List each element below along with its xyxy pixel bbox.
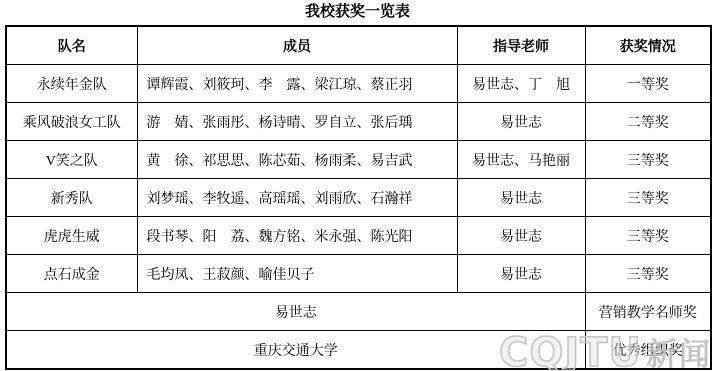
award-cell: 二等奖 — [585, 103, 711, 141]
table-row: 点石成金 毛均凤、王菽颜、喻佳贝子 易世志 三等奖 — [6, 255, 711, 293]
advisor-cell: 易世志、丁 旭 — [457, 65, 585, 103]
team-cell: 新秀队 — [6, 179, 137, 217]
header-team: 队名 — [6, 26, 137, 65]
award-cell: 三等奖 — [585, 179, 711, 217]
table-row: 乘风破浪女工队 游 婧、张雨彤、杨诗晴、罗自立、张后瑀 易世志 二等奖 — [6, 103, 711, 141]
team-cell: 虎虎生威 — [6, 217, 137, 255]
award-cell: 三等奖 — [585, 255, 711, 293]
table-footer-row: 重庆交通大学 优秀组织奖 — [6, 331, 711, 370]
advisor-cell: 易世志 — [457, 217, 585, 255]
award-cell: 营销教学名师奖 — [585, 293, 711, 331]
award-cell: 三等奖 — [585, 141, 711, 179]
header-advisor: 指导老师 — [457, 26, 585, 65]
page: 我校获奖一览表 队名 成员 指导老师 获奖情况 永续年金队 谭辉霞、刘筱珂、李 … — [0, 0, 715, 371]
members-cell: 谭辉霞、刘筱珂、李 露、梁江琼、蔡正羽 — [137, 65, 457, 103]
merged-cell: 易世志 — [6, 293, 585, 331]
team-cell: 乘风破浪女工队 — [6, 103, 137, 141]
members-cell: 段书琴、阳 荔、魏方铭、米永强、陈光阳 — [137, 217, 457, 255]
header-members: 成员 — [137, 26, 457, 65]
advisor-cell: 易世志 — [457, 103, 585, 141]
members-cell: 刘梦瑶、李牧遥、高瑶瑶、刘雨欣、石瀚祥 — [137, 179, 457, 217]
award-cell: 一等奖 — [585, 65, 711, 103]
members-cell: 黄 徐、祁思思、陈芯茹、杨雨柔、易吉武 — [137, 141, 457, 179]
advisor-cell: 易世志 — [457, 255, 585, 293]
team-cell: V笑之队 — [6, 141, 137, 179]
table-row: 永续年金队 谭辉霞、刘筱珂、李 露、梁江琼、蔡正羽 易世志、丁 旭 一等奖 — [6, 65, 711, 103]
table-row: 虎虎生威 段书琴、阳 荔、魏方铭、米永强、陈光阳 易世志 三等奖 — [6, 217, 711, 255]
table-header-row: 队名 成员 指导老师 获奖情况 — [6, 26, 711, 65]
members-cell: 游 婧、张雨彤、杨诗晴、罗自立、张后瑀 — [137, 103, 457, 141]
advisor-cell: 易世志 — [457, 179, 585, 217]
page-title: 我校获奖一览表 — [0, 2, 715, 23]
table-row: 新秀队 刘梦瑶、李牧遥、高瑶瑶、刘雨欣、石瀚祥 易世志 三等奖 — [6, 179, 711, 217]
table-row: V笑之队 黄 徐、祁思思、陈芯茹、杨雨柔、易吉武 易世志、马艳丽 三等奖 — [6, 141, 711, 179]
members-cell: 毛均凤、王菽颜、喻佳贝子 — [137, 255, 457, 293]
team-cell: 永续年金队 — [6, 65, 137, 103]
awards-table: 队名 成员 指导老师 获奖情况 永续年金队 谭辉霞、刘筱珂、李 露、梁江琼、蔡正… — [5, 25, 712, 370]
award-cell: 三等奖 — [585, 217, 711, 255]
team-cell: 点石成金 — [6, 255, 137, 293]
table-footer-row: 易世志 营销教学名师奖 — [6, 293, 711, 331]
award-cell: 优秀组织奖 — [585, 331, 711, 370]
header-award: 获奖情况 — [585, 26, 711, 65]
advisor-cell: 易世志、马艳丽 — [457, 141, 585, 179]
merged-cell: 重庆交通大学 — [6, 331, 585, 370]
